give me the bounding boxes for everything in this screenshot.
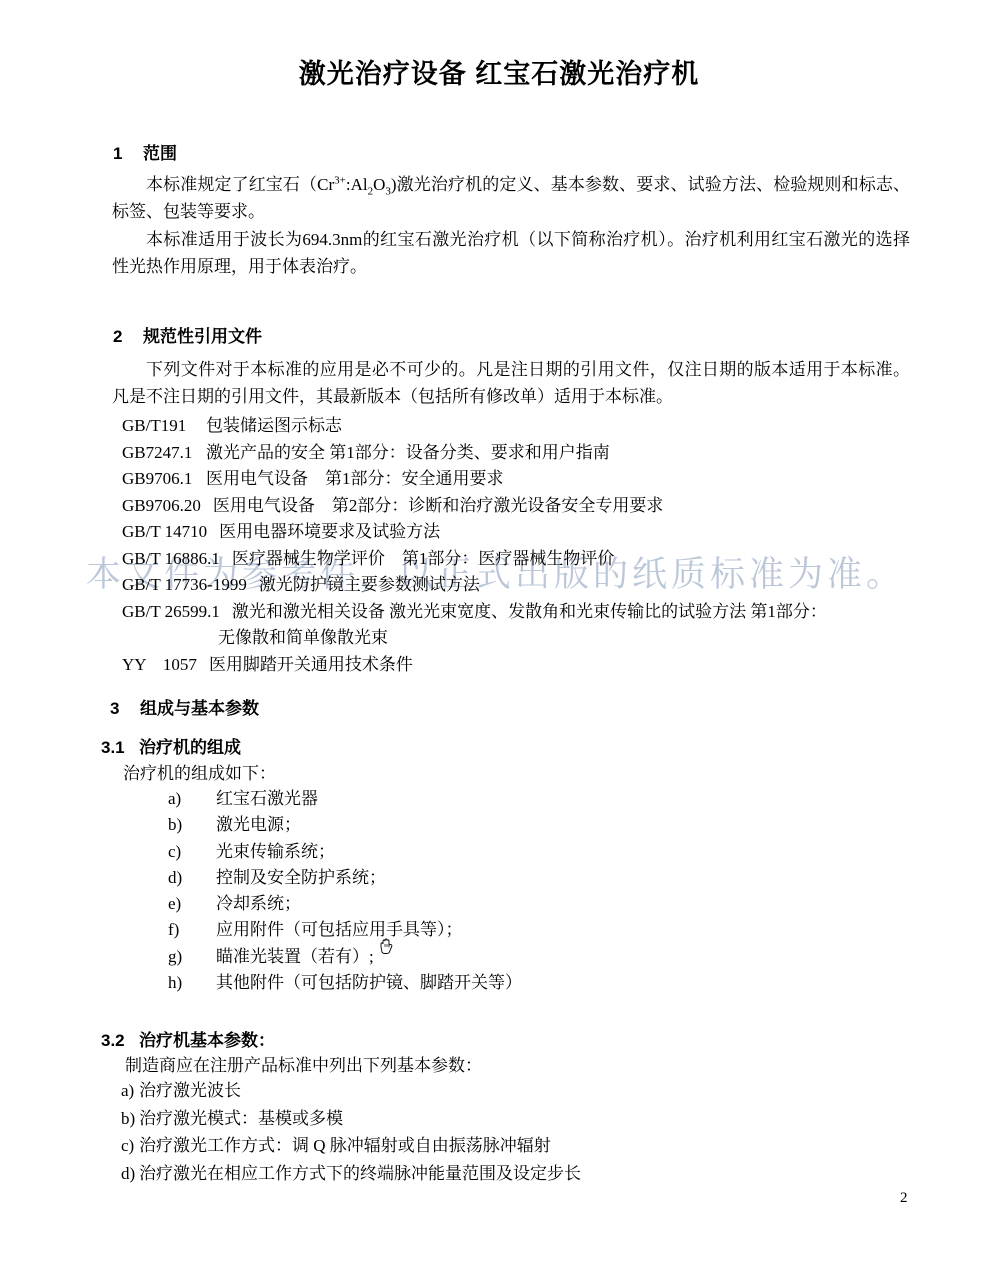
section-title: 规范性引用文件 — [143, 327, 262, 346]
list-marker: b) — [121, 1105, 136, 1133]
list-text: 治疗激光模式：基模或多模 — [139, 1109, 343, 1128]
reference-code: GB/T 26599.1 — [122, 599, 220, 626]
list-text: 激光电源； — [216, 815, 301, 834]
reference-title: 激光产品的安全 第1部分：设备分类、要求和用户指南 — [206, 443, 610, 462]
list-marker: b) — [168, 812, 186, 838]
reference-title: 医用电气设备 第2部分：诊断和治疗激光设备安全专用要求 — [213, 496, 664, 515]
list-marker: e) — [168, 891, 186, 917]
list-item: c)治疗激光工作方式：调 Q 脉冲辐射或自由振荡脉冲辐射 — [121, 1132, 881, 1160]
reference-item: GB/T 16886.1医疗器械生物学评价 第1部分：医疗器械生物评价 — [122, 546, 942, 573]
reference-item: YY 1057医用脚踏开关通用技术条件 — [122, 652, 942, 679]
text-run: O — [373, 175, 385, 194]
list-marker: c) — [168, 839, 186, 865]
superscript: 3+ — [334, 174, 346, 186]
section-heading-3-1: 3.1治疗机的组成 — [101, 733, 241, 758]
reference-title: 激光和激光相关设备 激光光束宽度、发散角和光束传输比的试验方法 第1部分： — [232, 602, 827, 621]
reference-item: GB/T 14710医用电器环境要求及试验方法 — [122, 519, 942, 546]
list-text: 瞄准光装置（若有）; — [216, 947, 374, 966]
list-item: d)控制及安全防护系统； — [168, 865, 868, 891]
composition-list: a)红宝石激光器 b)激光电源； c)光束传输系统； d)控制及安全防护系统； … — [168, 786, 868, 996]
paragraph-references-intro: 下列文件对于本标准的应用是必不可少的。凡是注日期的引用文件，仅注日期的版本适用于… — [112, 356, 910, 410]
section-title: 治疗机的组成 — [139, 738, 241, 757]
reference-code: YY 1057 — [122, 652, 197, 679]
parameters-list: a)治疗激光波长 b)治疗激光模式：基模或多模 c)治疗激光工作方式：调 Q 脉… — [121, 1077, 881, 1187]
text-run: :Al — [346, 175, 368, 194]
content-layer: 激光治疗设备 红宝石激光治疗机 1范围 本标准规定了红宝石（Cr3+:Al2O3… — [0, 0, 998, 1275]
reference-code: GB/T 16886.1 — [122, 546, 220, 573]
list-text: 治疗激光工作方式：调 Q 脉冲辐射或自由振荡脉冲辐射 — [139, 1136, 551, 1155]
list-item: a)治疗激光波长 — [121, 1077, 881, 1105]
reference-item: GB/T 17736-1999激光防护镜主要参数测试方法 — [122, 572, 942, 599]
list-marker: a) — [121, 1077, 136, 1105]
list-item: g)瞄准光装置（若有）; — [168, 944, 868, 970]
paragraph-scope-2: 本标准适用于波长为694.3nm的红宝石激光治疗机（以下简称治疗机）。治疗机利用… — [112, 226, 910, 280]
reference-code: GB7247.1 — [122, 440, 194, 467]
list-marker: a) — [168, 786, 186, 812]
reference-title: 医用电器环境要求及试验方法 — [219, 522, 440, 541]
reference-item: GB7247.1激光产品的安全 第1部分：设备分类、要求和用户指南 — [122, 440, 942, 467]
list-marker: c) — [121, 1132, 136, 1160]
list-text: 其他附件（可包括防护镜、脚踏开关等） — [216, 973, 522, 992]
list-item: e)冷却系统； — [168, 891, 868, 917]
list-text: 红宝石激光器 — [216, 789, 318, 808]
reference-code: GB9706.1 — [122, 466, 194, 493]
list-text: 应用附件（可包括应用手具等）； — [216, 920, 463, 939]
page-title: 激光治疗设备 红宝石激光治疗机 — [0, 52, 998, 91]
section-number: 2 — [113, 327, 127, 347]
page-number: 2 — [900, 1190, 908, 1207]
list-marker: d) — [168, 865, 186, 891]
list-item: c)光束传输系统； — [168, 839, 868, 865]
reference-item: GB9706.20医用电气设备 第2部分：诊断和治疗激光设备安全专用要求 — [122, 493, 942, 520]
section-heading-1: 1范围 — [113, 139, 177, 164]
section-title: 范围 — [143, 144, 177, 163]
paragraph-scope-1: 本标准规定了红宝石（Cr3+:Al2O3)激光治疗机的定义、基本参数、要求、试验… — [112, 171, 910, 225]
reference-code: GB/T191 — [122, 413, 194, 440]
reference-title: 激光防护镜主要参数测试方法 — [259, 575, 480, 594]
reference-title: 包装储运图示标志 — [206, 416, 342, 435]
section-number: 3.1 — [101, 738, 127, 758]
section-title: 治疗机基本参数： — [139, 1031, 275, 1050]
list-item: a)红宝石激光器 — [168, 786, 868, 812]
text-run: 本标准规定了红宝石（Cr — [146, 175, 334, 194]
parameters-intro: 制造商应在注册产品标准中列出下列基本参数： — [125, 1051, 482, 1076]
list-marker: h) — [168, 970, 186, 996]
list-text: 冷却系统； — [216, 894, 301, 913]
list-item: f)应用附件（可包括应用手具等）； — [168, 917, 868, 943]
section-title: 组成与基本参数 — [140, 699, 259, 718]
section-number: 1 — [113, 144, 127, 164]
section-number: 3 — [110, 699, 124, 719]
list-text: 治疗激光波长 — [139, 1081, 241, 1100]
reference-item: GB/T191包装储运图示标志 — [122, 413, 942, 440]
hand-cursor-icon — [376, 937, 397, 963]
section-heading-2: 2规范性引用文件 — [113, 322, 262, 347]
list-item: h)其他附件（可包括防护镜、脚踏开关等） — [168, 970, 868, 996]
list-item: d)治疗激光在相应工作方式下的终端脉冲能量范围及设定步长 — [121, 1160, 881, 1188]
reference-title: 医用电气设备 第1部分：安全通用要求 — [206, 469, 504, 488]
section-number: 3.2 — [101, 1031, 127, 1051]
reference-item: GB9706.1医用电气设备 第1部分：安全通用要求 — [122, 466, 942, 493]
list-text: 光束传输系统； — [216, 842, 335, 861]
section-heading-3: 3组成与基本参数 — [110, 694, 259, 719]
section-heading-3-2: 3.2治疗机基本参数： — [101, 1026, 275, 1051]
document-page: 本文件为参考件，以正式出版的纸质标准为准。 激光治疗设备 红宝石激光治疗机 1范… — [0, 0, 998, 1275]
reference-item: GB/T 26599.1激光和激光相关设备 激光光束宽度、发散角和光束传输比的试… — [122, 599, 942, 626]
reference-code: GB9706.20 — [122, 493, 201, 520]
list-item: b)治疗激光模式：基模或多模 — [121, 1105, 881, 1133]
reference-title-continuation: 无像散和简单像散光束 — [218, 625, 942, 652]
list-marker: g) — [168, 944, 186, 970]
list-item: b)激光电源； — [168, 812, 868, 838]
reference-title: 医疗器械生物学评价 第1部分：医疗器械生物评价 — [232, 549, 615, 568]
reference-code: GB/T 14710 — [122, 519, 207, 546]
list-text: 治疗激光在相应工作方式下的终端脉冲能量范围及设定步长 — [139, 1164, 581, 1183]
list-text: 控制及安全防护系统； — [216, 868, 386, 887]
list-marker: f) — [168, 917, 186, 943]
reference-code: GB/T 17736-1999 — [122, 572, 247, 599]
list-marker: d) — [121, 1160, 136, 1188]
reference-list: GB/T191包装储运图示标志 GB7247.1激光产品的安全 第1部分：设备分… — [122, 413, 942, 678]
composition-intro: 治疗机的组成如下： — [123, 759, 276, 784]
reference-title: 医用脚踏开关通用技术条件 — [209, 655, 413, 674]
